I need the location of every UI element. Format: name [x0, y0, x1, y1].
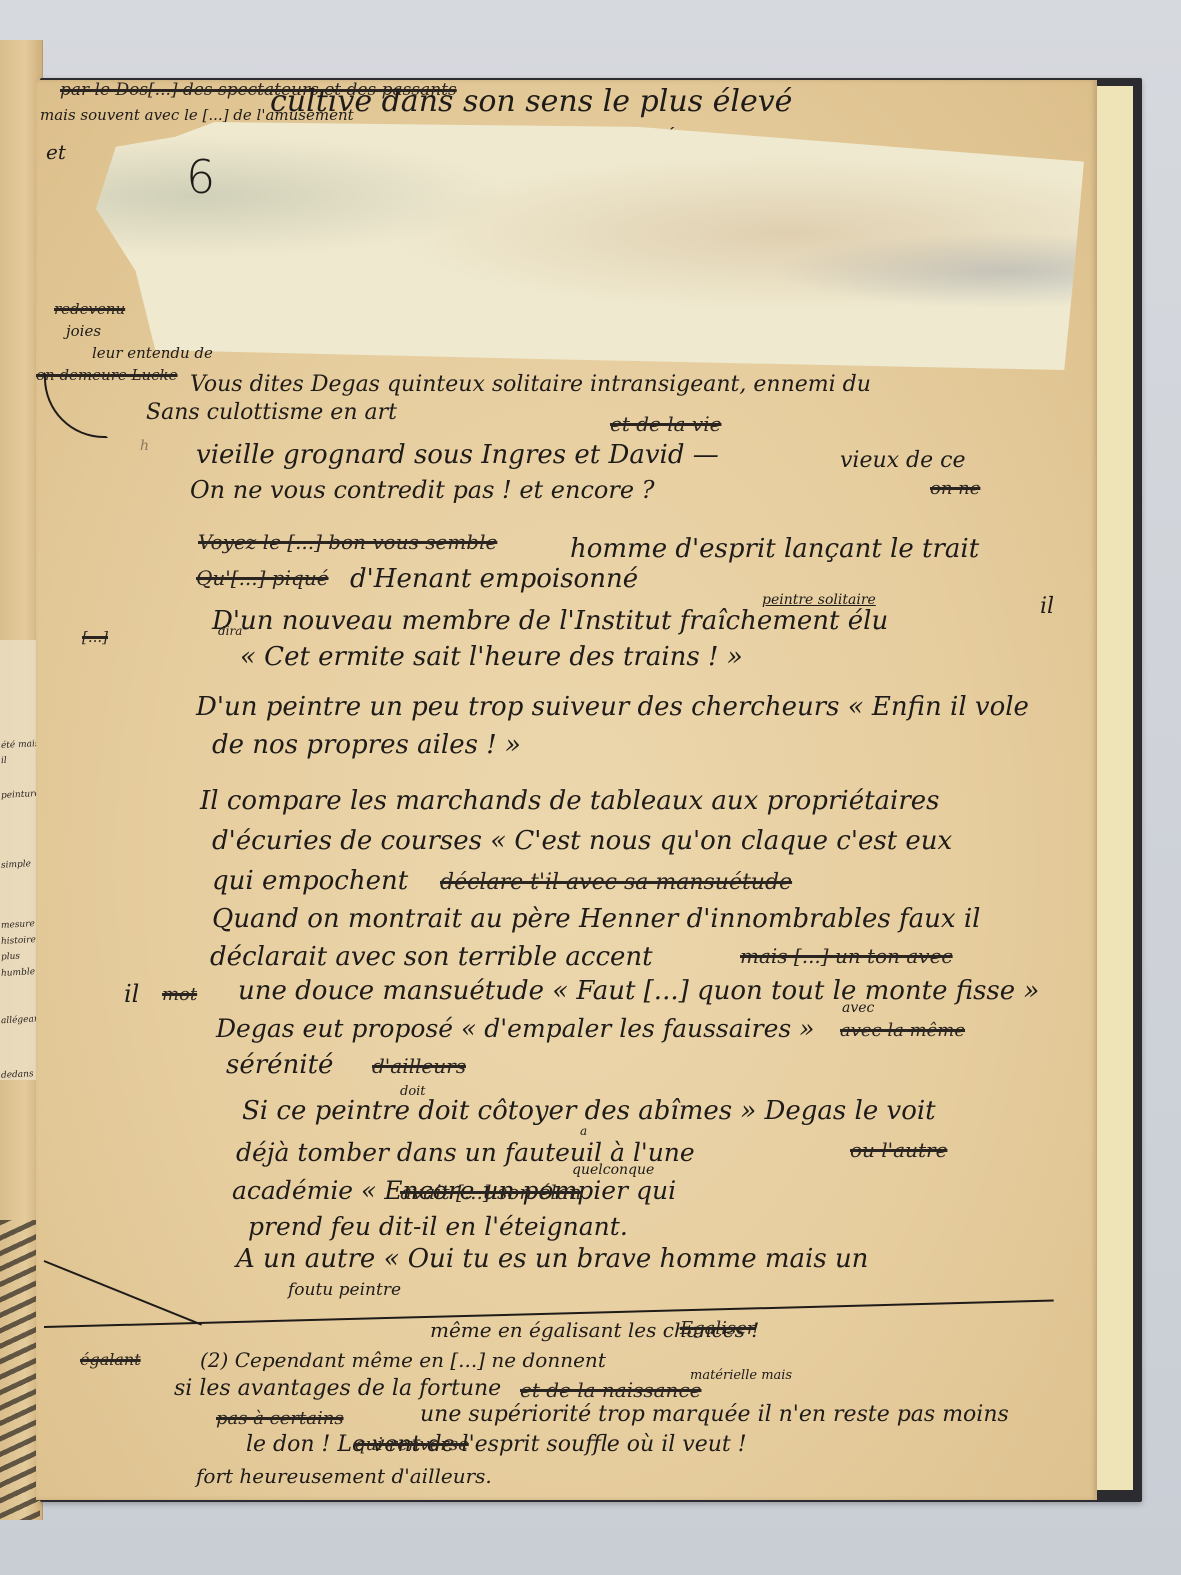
left-note: histoire: [1, 935, 36, 948]
text-line: une supériorité trop marquée il n'en res…: [420, 1402, 1009, 1427]
struck-text: avec la même: [840, 1020, 965, 1041]
text-line: homme d'esprit lançant le trait: [570, 534, 979, 564]
struck-text: avait [...] son élan: [400, 1180, 582, 1204]
struck-margin: [...]: [82, 628, 108, 646]
text-line: D'un nouveau membre de l'Institut fraîch…: [212, 606, 888, 636]
text-line: Quand on montrait au père Henner d'innom…: [212, 904, 980, 934]
margin-insert: il: [124, 980, 139, 1008]
text-line: D'un peintre un peu trop suiveur des che…: [196, 692, 1029, 722]
struck-text: et de la naissance: [520, 1378, 701, 1402]
struck-text: Egaliser: [680, 1318, 755, 1339]
text-line: Sans culottisme en art: [146, 400, 397, 425]
struck-text: et de la vie: [610, 412, 721, 436]
text-line: une douce mansuétude « Faut [...] quon t…: [238, 976, 1039, 1006]
text-line-right: vieux de ce: [840, 448, 966, 473]
text-line: le don ! Le vent de l'esprit souffle où …: [246, 1432, 747, 1457]
struck-text: déclare t'il avec sa mansuétude: [440, 870, 792, 895]
margin-note: leur entendu de: [92, 344, 213, 362]
text-line: fort heureusement d'ailleurs.: [196, 1464, 492, 1488]
pencil-mark: h: [140, 438, 149, 454]
left-note: mesure: [1, 919, 35, 932]
insertion-right: il: [1040, 594, 1054, 619]
text-line: Si ce peintre doit côtoyer des abîmes » …: [242, 1096, 936, 1126]
struck-text: Qu'[...] piqué: [196, 566, 329, 590]
text-line: d'écuries de courses « C'est nous qu'on …: [212, 826, 952, 856]
margin-note-et: et: [46, 140, 66, 164]
insertion-above: a: [580, 1124, 587, 1138]
margin-note: redevenu: [54, 300, 125, 318]
left-note: dedans: [1, 1069, 34, 1082]
text-line: de nos propres ailes ! »: [212, 730, 521, 760]
left-note: il: [1, 756, 7, 767]
struck-margin: égalant: [80, 1350, 141, 1369]
left-note: simple: [1, 859, 32, 872]
text-line: A un autre « Oui tu es un brave homme ma…: [236, 1244, 868, 1274]
text-line: On ne vous contredit pas ! et encore ?: [190, 476, 655, 504]
insertion-above: dira: [218, 624, 242, 638]
left-note: humble: [1, 967, 36, 980]
text-line: foutu peintre: [288, 1280, 401, 1300]
left-note: été mais: [1, 739, 40, 752]
text-line: « Cet ermite sait l'heure des trains ! »: [240, 642, 743, 672]
top-fragment-line2: mais souvent avec le [...] de l'amusemen…: [40, 106, 354, 124]
struck-text: Voyez le [...] bon vous semble: [198, 530, 497, 554]
insertion-above: avec: [842, 1000, 874, 1016]
text-line: qui empochent: [212, 866, 408, 896]
struck-text: pas à certains: [216, 1408, 344, 1429]
struck-text: qui renverse: [354, 1434, 469, 1455]
struck-margin: mot: [162, 984, 197, 1005]
struck-text: on ne: [930, 478, 980, 499]
struck-text: mais [...] un ton avec: [740, 944, 953, 968]
pasted-paper-patch: [96, 122, 1084, 370]
text-line: Vous dites Degas quinteux solitaire intr…: [190, 372, 871, 397]
page-number: 6: [186, 150, 215, 204]
left-note: plus: [1, 952, 21, 964]
text-line: d'Henant empoisonné: [350, 564, 638, 594]
text-line: Degas eut proposé « d'empaler les faussa…: [216, 1014, 814, 1043]
text-line: si les avantages de la fortune: [174, 1376, 501, 1401]
text-line: vieille grognard sous Ingres et David —: [196, 440, 719, 470]
margin-note: joies: [66, 322, 101, 340]
text-line: (2) Cependant même en [...] ne donnent: [200, 1348, 606, 1372]
text-line: sérénité: [226, 1050, 333, 1080]
left-note: peinture: [1, 789, 40, 802]
struck-text: d'ailleurs: [372, 1054, 466, 1078]
text-line: déclarait avec son terrible accent: [210, 942, 653, 972]
insertion-above: matérielle mais: [690, 1368, 792, 1383]
ink-scribble: [0, 1220, 40, 1520]
text-line: Il compare les marchands de tableaux aux…: [200, 786, 940, 816]
text-line: prend feu dit-il en l'éteignant.: [248, 1212, 628, 1241]
struck-text: ou l'autre: [850, 1138, 947, 1162]
